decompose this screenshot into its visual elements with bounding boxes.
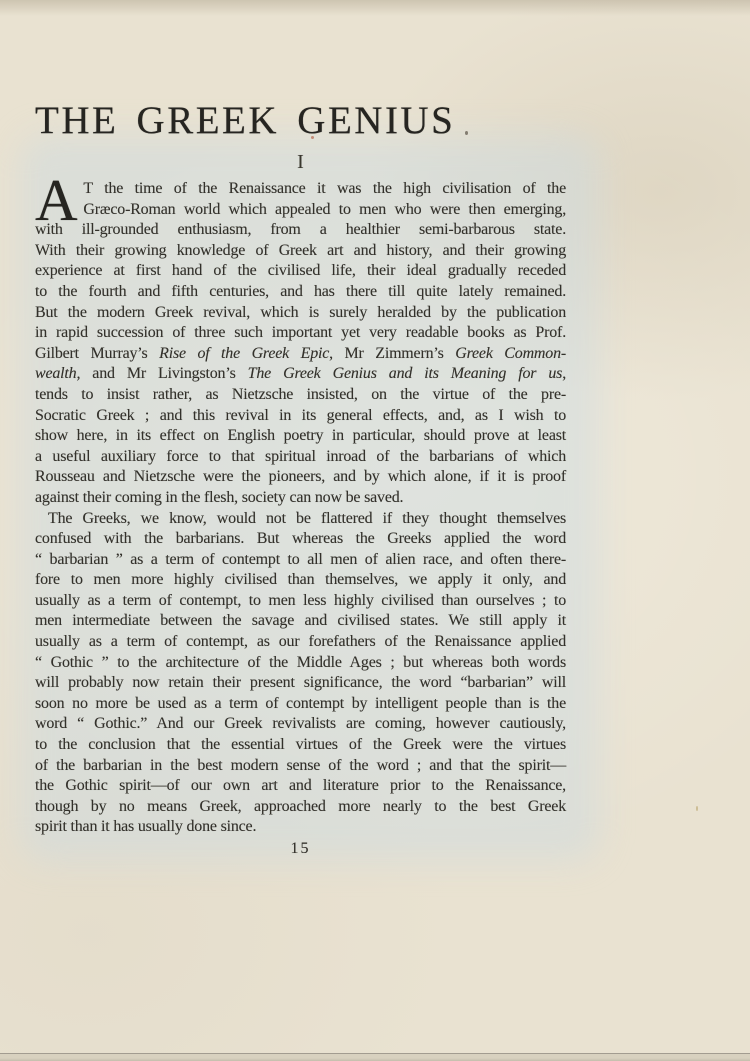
text-run: Rousseau and Nietzsche were the pioneers…	[35, 468, 566, 485]
text-line: confused with the barbarians. But wherea…	[35, 529, 566, 550]
drop-cap: A	[35, 179, 83, 220]
text-line: Rousseau and Nietzsche were the pioneers…	[35, 467, 566, 488]
paragraph: AT the time of the Renaissance it was th…	[35, 179, 566, 509]
text-run: spirit than it has usually done since.	[35, 818, 256, 835]
text-run: against their coming in the flesh, socie…	[35, 489, 403, 506]
text-run: a useful auxiliary force to that spiritu…	[35, 448, 566, 465]
text-run: Græco-Roman world which appealed to men …	[83, 201, 566, 218]
text-block: AT the time of the Renaissance it was th…	[35, 179, 566, 838]
italic-run: wealth,	[35, 365, 80, 382]
text-line: show here, in its effect on English poet…	[35, 426, 566, 447]
text-run: show here, in its effect on English poet…	[35, 427, 566, 444]
text-line: to the conclusion that the essential vir…	[35, 735, 566, 756]
paragraph: The Greeks, we know, would not be flatte…	[35, 509, 566, 839]
text-line: of the barbarian in the best modern sens…	[35, 756, 566, 777]
paper-speck	[696, 806, 698, 811]
text-run: of the barbarian in the best modern sens…	[35, 757, 566, 774]
text-line: to the fourth and fifth centuries, and h…	[35, 282, 566, 303]
text-line: men intermediate between the savage and …	[35, 611, 566, 632]
text-run: usually as a term of contempt, as our fo…	[35, 633, 566, 650]
italic-run: Rise of the Greek Epic	[159, 345, 329, 362]
text-line: Socratic Greek ; and this revival in its…	[35, 406, 566, 427]
section-numeral: I	[35, 152, 566, 172]
text-line: experience at first hand of the civilise…	[35, 261, 566, 282]
text-run: to the fourth and fifth centuries, and h…	[35, 283, 566, 300]
text-line: spirit than it has usually done since.	[35, 817, 566, 838]
text-line: the Gothic spirit—of our own art and lit…	[35, 776, 566, 797]
text-run: to the conclusion that the essential vir…	[35, 736, 566, 753]
text-line: Græco-Roman world which appealed to men …	[35, 200, 566, 221]
text-line: “ barbarian ” as a term of contempt to a…	[35, 550, 566, 571]
text-line: The Greeks, we know, would not be flatte…	[35, 509, 566, 530]
text-run: usually as a term of contempt, to men le…	[35, 592, 566, 609]
text-line: usually as a term of contempt, as our fo…	[35, 632, 566, 653]
text-line: soon no more be used as a term of contem…	[35, 694, 566, 715]
text-run: T the time of the Renaissance it was the…	[83, 180, 566, 197]
text-run: and Mr Livingston’s	[80, 365, 247, 382]
text-run: experience at first hand of the civilise…	[35, 262, 566, 279]
text-run: men intermediate between the savage and …	[35, 612, 566, 629]
italic-run: Greek Common-	[455, 345, 566, 362]
text-run: , Mr Zimmern’s	[329, 345, 455, 362]
italic-run: The Greek Genius and its Meaning for us	[248, 365, 563, 382]
text-line: tends to insist rather, as Nietzsche ins…	[35, 385, 566, 406]
text-run: will probably now retain their present s…	[35, 674, 566, 691]
text-line: word “ Gothic.” And our Greek revivalist…	[35, 714, 566, 735]
text-line: T the time of the Renaissance it was the…	[35, 179, 566, 200]
text-run: But the modern Greek revival, which is s…	[35, 304, 566, 321]
text-line: against their coming in the flesh, socie…	[35, 488, 566, 509]
text-run: Socratic Greek ; and this revival in its…	[35, 407, 566, 424]
text-run: with ill-grounded enthusiasm, from a hea…	[35, 221, 566, 238]
text-run: “ barbarian ” as a term of contempt to a…	[35, 551, 566, 568]
text-line: a useful auxiliary force to that spiritu…	[35, 447, 566, 468]
text-line: will probably now retain their present s…	[35, 673, 566, 694]
text-run: though by no means Greek, approached mor…	[35, 798, 566, 815]
text-run: With their growing knowledge of Greek ar…	[35, 242, 566, 259]
paper-speck	[311, 136, 314, 139]
text-line: usually as a term of contempt, to men le…	[35, 591, 566, 612]
text-run: fore to men more highly civilised than t…	[35, 571, 566, 588]
text-run: The Greeks, we know, would not be flatte…	[48, 510, 566, 527]
text-run: soon no more be used as a term of contem…	[35, 695, 566, 712]
page-bottom-edge	[0, 1053, 750, 1061]
text-run: ,	[562, 365, 566, 382]
text-line: with ill-grounded enthusiasm, from a hea…	[35, 220, 566, 241]
text-line: Gilbert Murray’s Rise of the Greek Epic,…	[35, 344, 566, 365]
paper-speck	[465, 131, 468, 135]
text-run: tends to insist rather, as Nietzsche ins…	[35, 386, 566, 403]
text-run: “ Gothic ” to the architecture of the Mi…	[35, 654, 566, 671]
text-run: Gilbert Murray’s	[35, 345, 159, 362]
text-run: the Gothic spirit—of our own art and lit…	[35, 777, 566, 794]
text-line: though by no means Greek, approached mor…	[35, 797, 566, 818]
text-run: in rapid succession of three such import…	[35, 324, 566, 341]
text-line: “ Gothic ” to the architecture of the Mi…	[35, 653, 566, 674]
text-line: fore to men more highly civilised than t…	[35, 570, 566, 591]
page-number: 15	[35, 840, 566, 858]
text-run: confused with the barbarians. But wherea…	[35, 530, 566, 547]
text-run: word “ Gothic.” And our Greek revivalist…	[35, 715, 566, 732]
book-page: THE GREEK GENIUS I AT the time of the Re…	[0, 0, 750, 1061]
text-line: But the modern Greek revival, which is s…	[35, 303, 566, 324]
text-line: With their growing knowledge of Greek ar…	[35, 241, 566, 262]
page-title: THE GREEK GENIUS	[35, 101, 455, 140]
text-line: in rapid succession of three such import…	[35, 323, 566, 344]
text-line: wealth, and Mr Livingston’s The Greek Ge…	[35, 364, 566, 385]
